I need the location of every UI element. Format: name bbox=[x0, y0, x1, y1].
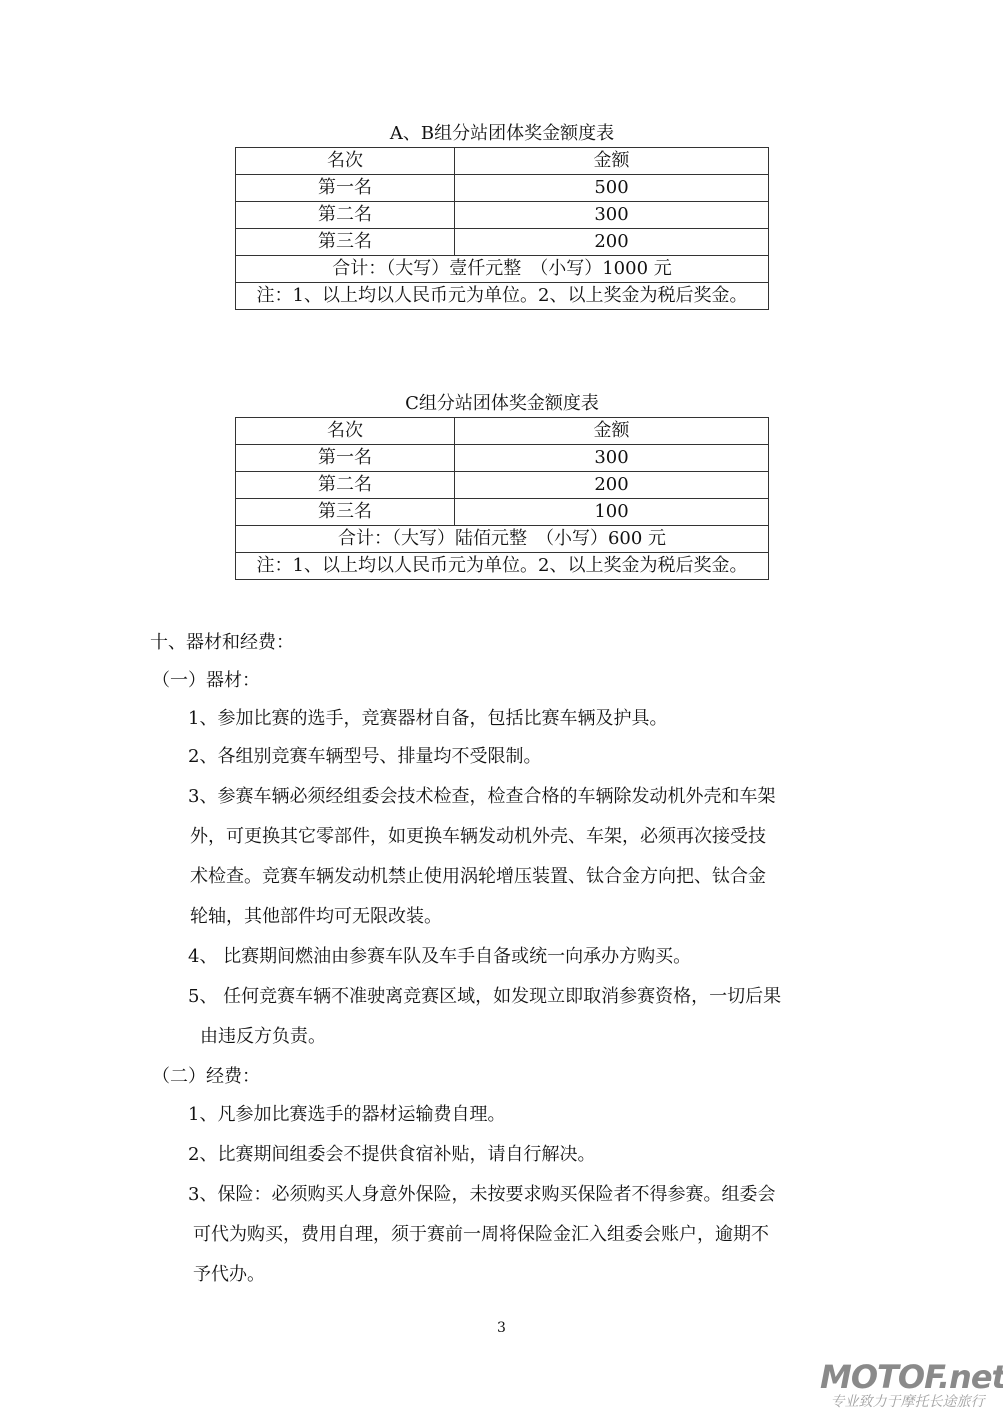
subsection-expenses-heading: （二）经费： bbox=[152, 1066, 260, 1088]
rank-cell: 第二名 bbox=[236, 472, 455, 499]
equipment-item-5: 5、 任何竞赛车辆不准驶离竞赛区域，如发现立即取消参赛资格，一切后果 bbox=[188, 986, 781, 1008]
table-note-row: 注：1、以上均以人民币元为单位。2、以上奖金为税后奖金。 bbox=[236, 553, 769, 580]
equipment-item-5-cont: 由违反方负责。 bbox=[200, 1026, 326, 1048]
rank-cell: 第二名 bbox=[236, 202, 455, 229]
amount-cell: 300 bbox=[455, 445, 769, 472]
table-c-title: C组分站团体奖金额度表 bbox=[235, 393, 769, 415]
equipment-item-3-cont: 轮轴，其他部件均可无限改装。 bbox=[190, 906, 442, 928]
table-note-row: 注：1、以上均以人民币元为单位。2、以上奖金为税后奖金。 bbox=[236, 283, 769, 310]
rank-cell: 第一名 bbox=[236, 445, 455, 472]
rank-cell: 第三名 bbox=[236, 229, 455, 256]
amount-cell: 300 bbox=[455, 202, 769, 229]
watermark: MOTOF.net 专业致力于摩托长途旅行 bbox=[820, 1360, 995, 1410]
table-row: 第三名 200 bbox=[236, 229, 769, 256]
rank-cell: 第一名 bbox=[236, 175, 455, 202]
expense-item-1: 1、凡参加比赛选手的器材运输费自理。 bbox=[188, 1104, 505, 1126]
page-number: 3 bbox=[0, 1320, 1003, 1336]
equipment-item-4: 4、 比赛期间燃油由参赛车队及车手自备或统一向承办方购买。 bbox=[188, 946, 691, 968]
expense-item-3-cont: 予代办。 bbox=[193, 1264, 265, 1286]
header-rank: 名次 bbox=[236, 418, 455, 445]
amount-cell: 100 bbox=[455, 499, 769, 526]
table-row: 第三名 100 bbox=[236, 499, 769, 526]
table-c-prize: 名次 金额 第一名 300 第二名 200 第三名 100 合计：（大写）陆佰元… bbox=[235, 417, 769, 580]
expense-item-2: 2、比赛期间组委会不提供食宿补贴，请自行解决。 bbox=[188, 1144, 595, 1166]
table-row: 第二名 300 bbox=[236, 202, 769, 229]
table-ab-title: A、B组分站团体奖金额度表 bbox=[235, 123, 769, 145]
note-cell: 注：1、以上均以人民币元为单位。2、以上奖金为税后奖金。 bbox=[236, 283, 769, 310]
amount-cell: 200 bbox=[455, 472, 769, 499]
table-row: 第一名 500 bbox=[236, 175, 769, 202]
table-header-row: 名次 金额 bbox=[236, 418, 769, 445]
table-total-row: 合计：（大写）陆佰元整 （小写）600 元 bbox=[236, 526, 769, 553]
total-cell: 合计：（大写）陆佰元整 （小写）600 元 bbox=[236, 526, 769, 553]
table-row: 第一名 300 bbox=[236, 445, 769, 472]
header-amount: 金额 bbox=[455, 148, 769, 175]
equipment-item-2: 2、各组别竞赛车辆型号、排量均不受限制。 bbox=[188, 746, 541, 768]
amount-cell: 200 bbox=[455, 229, 769, 256]
header-rank: 名次 bbox=[236, 148, 455, 175]
watermark-tagline: 专业致力于摩托长途旅行 bbox=[820, 1394, 995, 1410]
subsection-equipment-heading: （一）器材： bbox=[152, 670, 260, 692]
header-amount: 金额 bbox=[455, 418, 769, 445]
equipment-item-3-cont: 外，可更换其它零部件，如更换车辆发动机外壳、车架，必须再次接受技 bbox=[190, 826, 766, 848]
rank-cell: 第三名 bbox=[236, 499, 455, 526]
table-header-row: 名次 金额 bbox=[236, 148, 769, 175]
table-row: 第二名 200 bbox=[236, 472, 769, 499]
table-total-row: 合计：（大写）壹仟元整 （小写）1000 元 bbox=[236, 256, 769, 283]
section-heading: 十、器材和经费： bbox=[150, 632, 294, 654]
equipment-item-3: 3、参赛车辆必须经组委会技术检查，检查合格的车辆除发动机外壳和车架 bbox=[188, 786, 775, 808]
equipment-item-3-cont: 术检查。竞赛车辆发动机禁止使用涡轮增压装置、钛合金方向把、钛合金 bbox=[190, 866, 766, 888]
amount-cell: 500 bbox=[455, 175, 769, 202]
total-cell: 合计：（大写）壹仟元整 （小写）1000 元 bbox=[236, 256, 769, 283]
expense-item-3: 3、保险：必须购买人身意外保险，未按要求购买保险者不得参赛。组委会 bbox=[188, 1184, 775, 1206]
equipment-item-1: 1、参加比赛的选手，竞赛器材自备，包括比赛车辆及护具。 bbox=[188, 708, 667, 730]
table-ab-prize: 名次 金额 第一名 500 第二名 300 第三名 200 合计：（大写）壹仟元… bbox=[235, 147, 769, 310]
expense-item-3-cont: 可代为购买，费用自理，须于赛前一周将保险金汇入组委会账户，逾期不 bbox=[193, 1224, 769, 1246]
note-cell: 注：1、以上均以人民币元为单位。2、以上奖金为税后奖金。 bbox=[236, 553, 769, 580]
watermark-logo: MOTOF.net bbox=[820, 1360, 995, 1394]
